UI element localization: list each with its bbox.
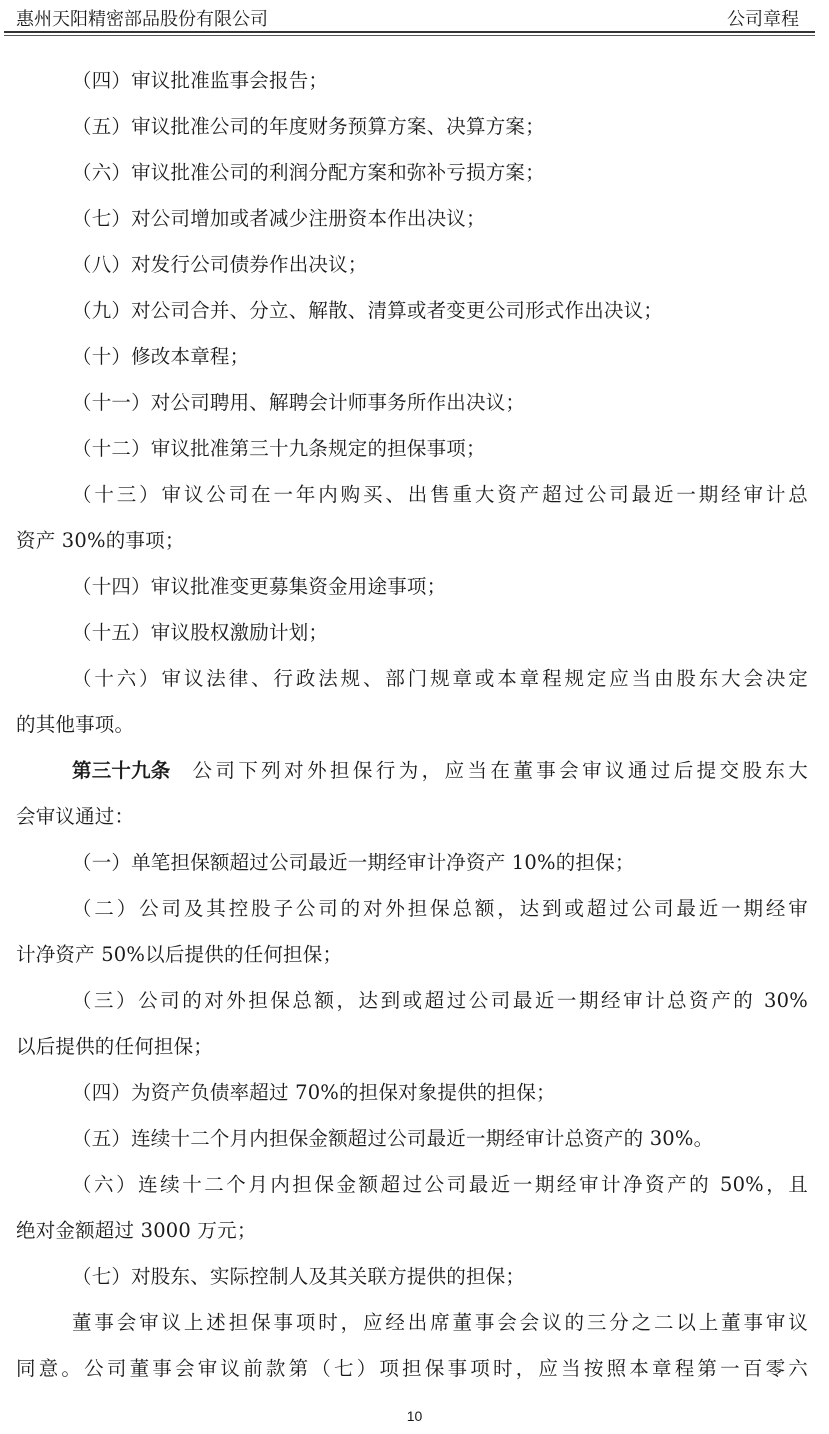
clause-line: （十三）审议公司在一年内购买、出售重大资产超过公司最近一期经审计总: [72, 475, 808, 515]
clause-line: （七）对股东、实际控制人及其关联方提供的担保；: [72, 1257, 525, 1297]
clause-line-continuation: 会审议通过：: [16, 797, 134, 837]
clause-line: （五）连续十二个月内担保金额超过公司最近一期经审计总资产的 30%。: [72, 1119, 713, 1159]
page-number: 10: [0, 1408, 829, 1424]
header-rule-thin: [4, 35, 815, 36]
clause-line: （四）为资产负债率超过 70%的担保对象提供的担保；: [72, 1073, 556, 1113]
clause-line: （十）修改本章程；: [72, 337, 249, 377]
clause-line-continuation: 的其他事项。: [16, 705, 134, 745]
document-title: 公司章程: [727, 5, 799, 31]
clause-line: （九）对公司合并、分立、解散、清算或者变更公司形式作出决议；: [72, 291, 663, 331]
clause-line: （四）审议批准监事会报告；: [72, 61, 328, 101]
header-rule-thick: [4, 31, 815, 33]
paragraph-line-continuation: 同意。公司董事会审议前款第（七）项担保事项时，应当按照本章程第一百零六: [16, 1349, 808, 1389]
clause-line: （十一）对公司聘用、解聘会计师事务所作出决议；: [72, 383, 525, 423]
paragraph-line: 董事会审议上述担保事项时，应经出席董事会会议的三分之二以上董事审议: [72, 1303, 808, 1343]
clause-line: （二）公司及其控股子公司的对外担保总额，达到或超过公司最近一期经审: [72, 889, 808, 929]
clause-line: （十二）审议批准第三十九条规定的担保事项；: [72, 429, 486, 469]
clause-line-continuation: 绝对金额超过 3000 万元；: [16, 1211, 257, 1251]
clause-line: （六）连续十二个月内担保金额超过公司最近一期经审计净资产的 50%，且: [72, 1165, 808, 1205]
article-text: 公司下列对外担保行为，应当在董事会审议通过后提交股东大: [193, 751, 808, 791]
clause-line: （十六）审议法律、行政法规、部门规章或本章程规定应当由股东大会决定: [72, 659, 808, 699]
clause-line: （一）单笔担保额超过公司最近一期经审计净资产 10%的担保；: [72, 843, 635, 883]
company-name: 惠州天阳精密部品股份有限公司: [16, 5, 268, 31]
clause-line: （五）审议批准公司的年度财务预算方案、决算方案；: [72, 107, 545, 147]
clause-line: （七）对公司增加或者减少注册资本作出决议；: [72, 199, 486, 239]
clause-line-continuation: 计净资产 50%以后提供的任何担保；: [16, 935, 342, 975]
clause-line: （六）审议批准公司的利润分配方案和弥补亏损方案；: [72, 153, 545, 193]
clause-line-continuation: 以后提供的任何担保；: [16, 1027, 213, 1067]
clause-line: （十五）审议股权激励计划；: [72, 613, 328, 653]
article-heading: 第三十九条: [72, 751, 171, 791]
article-39-line: 第三十九条 公司下列对外担保行为，应当在董事会审议通过后提交股东大: [72, 751, 808, 791]
clause-line: （十四）审议批准变更募集资金用途事项；: [72, 567, 446, 607]
clause-line: （八）对发行公司债券作出决议；: [72, 245, 368, 285]
page-header: 惠州天阳精密部品股份有限公司 公司章程: [0, 0, 829, 40]
clause-line: （三）公司的对外担保总额，达到或超过公司最近一期经审计总资产的 30%: [72, 981, 808, 1021]
clause-line-continuation: 资产 30%的事项；: [16, 521, 185, 561]
